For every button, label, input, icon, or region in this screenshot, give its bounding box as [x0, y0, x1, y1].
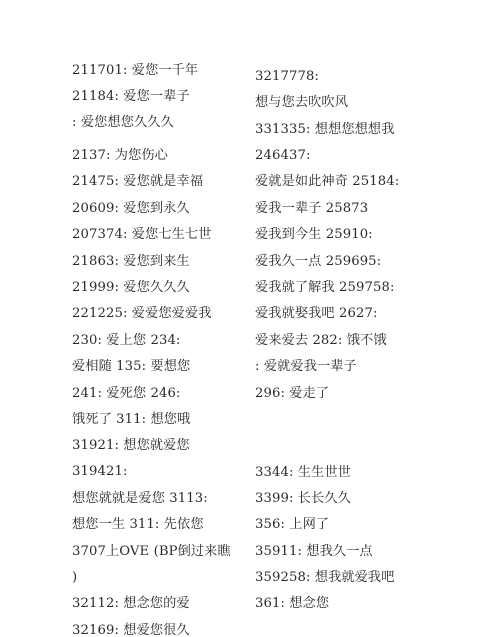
text-line: 241: 爱死您 246:	[72, 386, 180, 402]
text-line: 246437:	[255, 148, 311, 164]
text-line: 3399: 长长久久	[255, 491, 351, 507]
text-line: 3217778:	[255, 69, 319, 85]
text-line: : 爱您想您久久久	[72, 115, 174, 131]
text-line: 359258: 想我就爱我吧	[255, 570, 395, 586]
text-line: 爱我到今生 25910:	[255, 227, 373, 243]
text-line: 32112: 想念您的爱	[72, 596, 190, 612]
text-line: 21999: 爱您久久久	[72, 280, 190, 296]
text-line: 361: 想念您	[255, 596, 329, 612]
text-line: 饿死了 311: 想您哦	[72, 412, 190, 428]
text-line: 356: 上网了	[255, 517, 329, 533]
text-line: 32169: 想爱您很久	[72, 623, 190, 637]
text-line: 319421:	[72, 464, 128, 480]
text-line: : 爱就爱我一辈子	[255, 359, 357, 375]
text-line: 207374: 爱您七生七世	[72, 227, 212, 243]
text-line: 爱就是如此神奇 25184:	[255, 174, 399, 190]
text-line: 221225: 爱爱您爱爱我	[72, 306, 212, 322]
text-line: 爱我久一点 259695:	[255, 254, 381, 270]
text-line: 爱相随 135: 要想您	[72, 359, 190, 375]
text-line: 爱我就了解我 259758:	[255, 280, 395, 296]
text-line: 想与您去吹吹风	[255, 95, 348, 111]
text-line: 296: 爱走了	[255, 386, 329, 402]
text-line: 爱我就娶我吧 2627:	[255, 306, 378, 322]
text-line: 3707上OVE (BP倒过来瞧	[72, 544, 231, 560]
text-line: 331335: 想想您想想我	[255, 122, 395, 138]
text-line: 31921: 想您就爱您	[72, 438, 190, 454]
text-line: 20609: 爱您到永久	[72, 201, 190, 217]
text-line: 21184: 爱您一辈子	[72, 89, 190, 105]
text-line: )	[72, 570, 77, 586]
text-line: 想您就就是爱您 3113:	[72, 491, 208, 507]
text-line: 3344: 生生世世	[255, 465, 351, 481]
text-line: 230: 爱上您 234:	[72, 333, 180, 349]
text-line: 想您一生 311: 先依您	[72, 517, 204, 533]
text-line: 2137: 为您伤心	[72, 148, 168, 164]
text-line: 爱来爱去 282: 饿不饿	[255, 333, 387, 349]
text-line: 21475: 爱您就是幸福	[72, 174, 203, 190]
text-line: 35911: 想我久一点	[255, 544, 373, 560]
text-line: 爱我一辈子 25873	[255, 201, 368, 217]
text-line: 211701: 爱您一千年	[72, 63, 198, 79]
text-line: 21863: 爱您到来生	[72, 254, 190, 270]
